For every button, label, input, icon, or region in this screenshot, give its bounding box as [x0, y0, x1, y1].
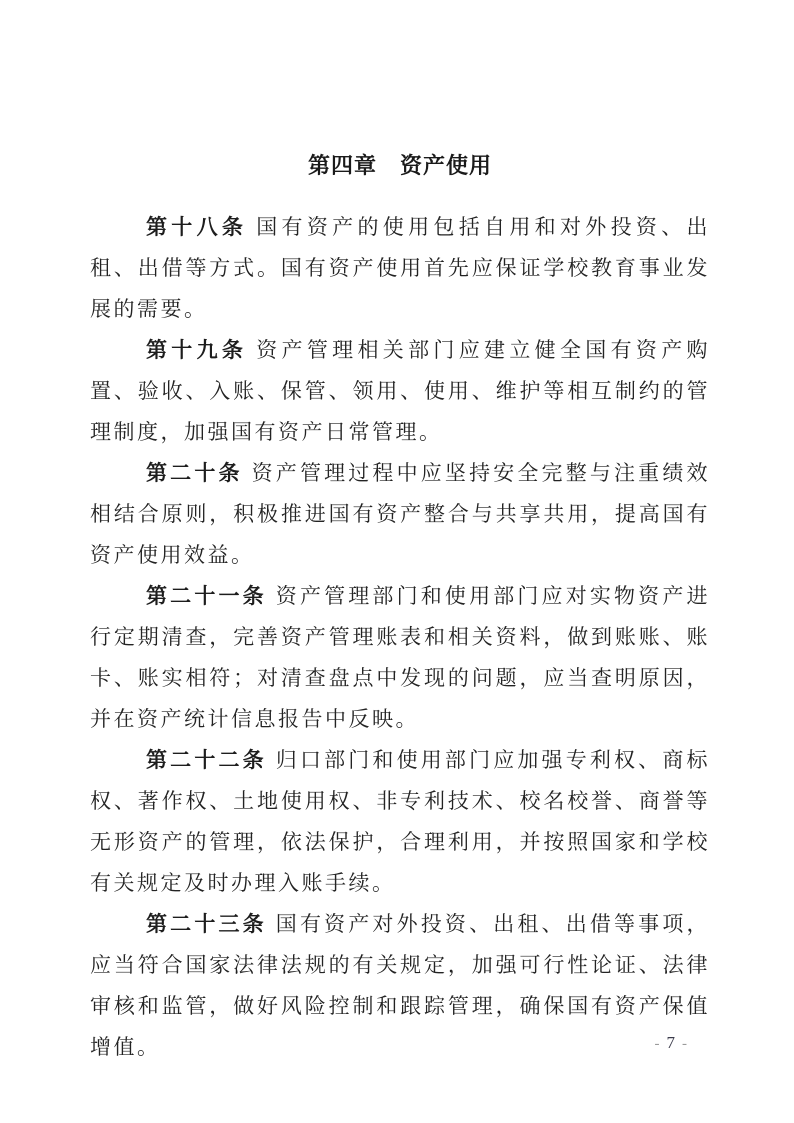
article-number: 第二十三条 — [146, 912, 267, 936]
article-number: 第二十一条 — [146, 584, 267, 608]
article-number: 第十九条 — [146, 338, 247, 362]
article-number: 第二十二条 — [146, 748, 267, 772]
page-number: 7 — [667, 1033, 676, 1052]
page-footer: -7- — [648, 1033, 695, 1054]
chapter-title: 第四章 资产使用 — [90, 149, 710, 180]
document-page: 第四章 资产使用 第十八条国有资产的使用包括自用和对外投资、出租、出借等方式。国… — [0, 0, 794, 1123]
article-paragraph: 第二十条资产管理过程中应坚持安全完整与注重绩效相结合原则，积极推进国有资产整合与… — [90, 453, 710, 576]
article-paragraph: 第十九条资产管理相关部门应建立健全国有资产购置、验收、入账、保管、领用、使用、维… — [90, 330, 710, 453]
article-paragraph: 第二十一条资产管理部门和使用部门应对实物资产进行定期清查，完善资产管理账表和相关… — [90, 576, 710, 740]
article-paragraph: 第十八条国有资产的使用包括自用和对外投资、出租、出借等方式。国有资产使用首先应保… — [90, 207, 710, 330]
article-paragraph: 第二十二条归口部门和使用部门应加强专利权、商标权、著作权、土地使用权、非专利技术… — [90, 740, 710, 904]
article-paragraph: 第二十三条国有资产对外投资、出租、出借等事项，应当符合国家法律法规的有关规定，加… — [90, 904, 710, 1068]
footer-dash-right: - — [682, 1036, 687, 1052]
footer-dash-left: - — [655, 1036, 660, 1052]
article-number: 第十八条 — [146, 215, 247, 239]
document-body: 第十八条国有资产的使用包括自用和对外投资、出租、出借等方式。国有资产使用首先应保… — [90, 207, 710, 1068]
article-number: 第二十条 — [146, 461, 243, 485]
